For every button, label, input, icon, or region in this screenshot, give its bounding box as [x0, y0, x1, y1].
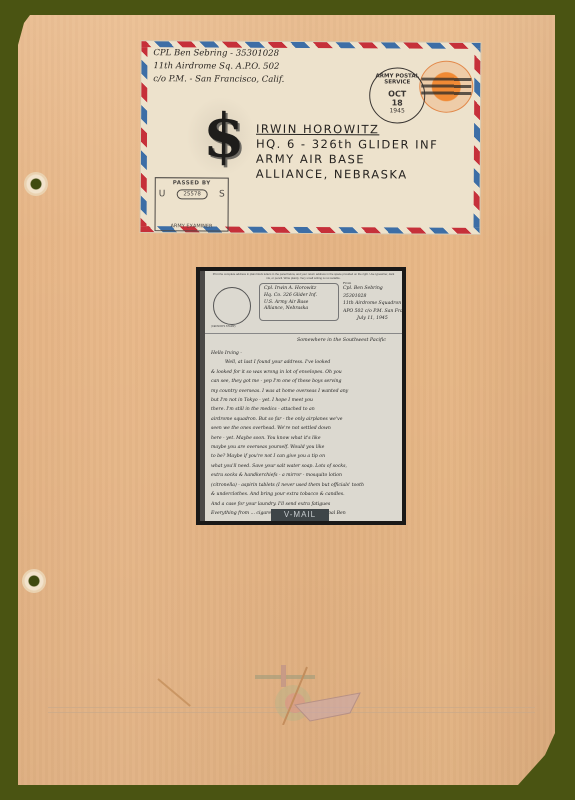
censor-title: PASSED BY — [156, 180, 228, 186]
header-divider — [205, 333, 402, 334]
vmail-instructions: Print the complete address in plain bloc… — [205, 271, 402, 280]
vmail-to-address: Cpl. Irwin A. Horowitz Hq. Co. 326 Glide… — [259, 283, 339, 321]
airmail-envelope: CPL Ben Sebring - 35301028 11th Airdrome… — [141, 41, 481, 234]
postmark-year: 1945 — [370, 107, 424, 114]
postmark-day: 18 — [370, 98, 424, 107]
letter-line: my country overseas. I was at home overs… — [211, 387, 398, 396]
from-line: APO 502 c/o P.M. San Francisco, Calif. — [343, 308, 402, 316]
vmail-from-address: From Cpl. Ben Sebring 35301028 11th Aird… — [343, 281, 402, 323]
postmark-text: ARMY POSTAL SERVICE — [370, 73, 424, 85]
recipient-line: ALLIANCE, NEBRASKA — [256, 167, 438, 183]
censor-number: 25578 — [176, 189, 208, 199]
from-line: Cpl. Ben Sebring 35301028 — [343, 285, 402, 300]
letter-line: Well, at last I found your address. I've… — [211, 358, 398, 367]
postmark: ARMY POSTAL SERVICE OCT 18 1945 — [369, 67, 425, 123]
recipient-line: HQ. 6 - 326th GLIDER INF — [256, 137, 438, 153]
cancellation-bars — [421, 78, 471, 98]
letter-line: maybe you are overseas yourself. Would y… — [211, 443, 398, 452]
binder-hole-bottom — [22, 569, 46, 593]
censor-stamp-circle — [213, 287, 251, 325]
recipient-address: IRWIN HOROWITZ HQ. 6 - 326th GLIDER INF … — [256, 122, 439, 183]
censor-letter-u: U — [159, 189, 166, 199]
letter-line: (citronella) - aspirin tablets (I never … — [211, 481, 398, 490]
letter-line: what you'll need. Save your salt water s… — [211, 462, 398, 471]
censor-letter-s: S — [219, 190, 225, 200]
letter-line: & underclothes. And bring your extra tob… — [211, 490, 398, 499]
from-line: 11th Airdrome Squadron — [343, 300, 402, 308]
letter-line: can see, they got me - yep I'm one of th… — [211, 377, 398, 386]
return-address-line: 11th Airdrome Sq. A.P.O. 502 — [153, 60, 284, 74]
letter-line: airdrome squadron. But so far - the only… — [211, 415, 398, 424]
dollar-emblem-icon: $ — [203, 101, 245, 171]
return-address-line: c/o P.M. - San Francisco, Calif. — [153, 73, 284, 87]
airplane-sketch-icon — [255, 665, 365, 725]
to-line: Alliance, Nebraska — [264, 306, 335, 313]
censor-label: (CENSOR'S STAMP) — [211, 325, 236, 328]
postmark-month: OCT — [370, 89, 424, 98]
to-line: Hq. Co. 326 Glider Inf. — [264, 293, 335, 300]
letter-line: but I'm not in Tokyo - yet. I hope I mee… — [211, 396, 398, 405]
letter-location: Somewhere in the Southwest Pacific — [297, 338, 386, 343]
censor-stamp: PASSED BY U 25578 S ARMY EXAMINER — [155, 177, 229, 231]
letter-body: Hello Irving - Well, at last I found you… — [211, 349, 398, 518]
recipient-line: ARMY AIR BASE — [256, 152, 438, 168]
return-address-line: CPL Ben Sebring - 35301028 — [153, 47, 284, 61]
vmail-banner: V-MAIL — [271, 509, 329, 521]
letter-date: July 11, 1945 — [343, 315, 402, 323]
censor-footer: ARMY EXAMINER — [156, 223, 228, 229]
letter-greeting: Hello Irving - — [211, 349, 398, 358]
letter-line: here - yet. Maybe soon. You know what it… — [211, 434, 398, 443]
recipient-line: IRWIN HOROWITZ — [256, 122, 438, 138]
vmail-letter: Print the complete address in plain bloc… — [196, 267, 406, 525]
letter-line: extra socks & handkerchiefs - a mirror -… — [211, 471, 398, 480]
letter-line: & looked for it so was wrong in lot of e… — [211, 368, 398, 377]
binder-hole-top — [24, 172, 48, 196]
to-line: Cpl. Irwin A. Horowitz — [264, 286, 335, 293]
letter-line: to be? Maybe if you're not I can give yo… — [211, 452, 398, 461]
return-address: CPL Ben Sebring - 35301028 11th Airdrome… — [153, 47, 284, 87]
letter-line: there. I'm still in the medics - attache… — [211, 405, 398, 414]
letter-line: seen we the ones overhead. We're not set… — [211, 424, 398, 433]
letter-line: And a case for your laundry. I'll send e… — [211, 500, 398, 509]
